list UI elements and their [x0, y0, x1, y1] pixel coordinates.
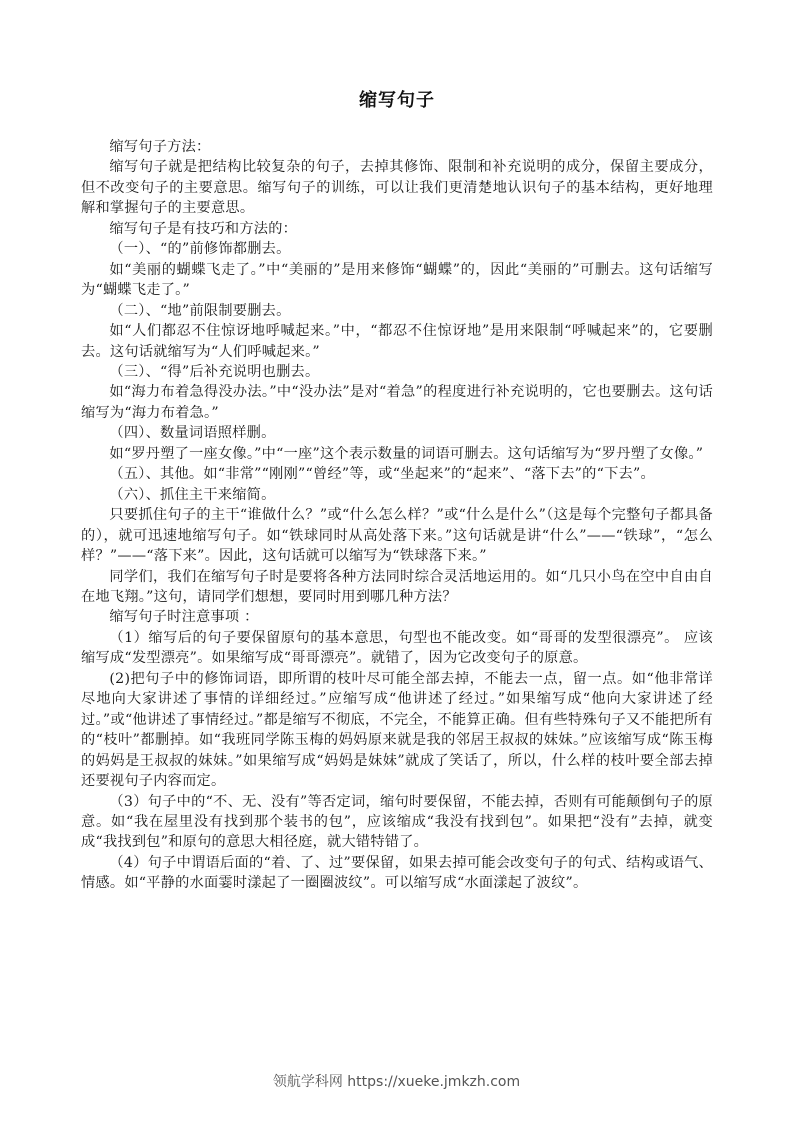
footer-watermark: 领航学科网 https://xueke.jmkzh.com: [0, 1071, 793, 1091]
paragraph: （二）、“地”前限制要删去。: [81, 301, 713, 321]
paragraph: 同学们，我们在缩写句子时是要将各种方法同时综合灵活地运用的。如“几只小鸟在空中自…: [81, 567, 713, 608]
paragraph: （一）、“的”前修饰都删去。: [81, 239, 713, 259]
paragraph: 如“人们都忍不住惊讶地呼喊起来。”中，“都忍不住惊讶地”是用来限制“呼喊起来”的…: [81, 321, 713, 362]
paragraph: (2)把句子中的修饰词语，即所谓的枝叶尽可能全部去掉，不能去一点，留一点。如“他…: [81, 669, 713, 792]
document-body: 缩写句子方法： 缩写句子就是把结构比较复杂的句子，去掉其修饰、限制和补充说明的成…: [81, 137, 713, 894]
paragraph: 缩写句子方法：: [81, 137, 713, 157]
paragraph: 只要抓住句子的主干“谁做什么？”或“什么怎么样？”或“什么是什么”（这是每个完整…: [81, 505, 713, 566]
paragraph: 如“美丽的蝴蝶飞走了。”中“美丽的”是用来修饰“蝴蝶”的，因此“美丽的”可删去。…: [81, 260, 713, 301]
paragraph: 缩写句子就是把结构比较复杂的句子，去掉其修饰、限制和补充说明的成分，保留主要成分…: [81, 157, 713, 218]
paragraph: （4）句子中谓语后面的“着、了、过”要保留，如果去掉可能会改变句子的句式、结构或…: [81, 853, 713, 894]
paragraph: （3）句子中的“不、无、没有”等否定词，缩句时要保留，不能去掉，否则有可能颠倒句…: [81, 792, 713, 853]
paragraph: （1）缩写后的句子要保留原句的基本意思，句型也不能改变。如“哥哥的发型很漂亮”。…: [81, 628, 713, 669]
paragraph: （四）、数量词语照样删。: [81, 423, 713, 443]
paragraph: 缩写句子是有技巧和方法的：: [81, 219, 713, 239]
paragraph: 缩写句子时注意事项 ：: [81, 607, 713, 627]
paragraph: 如“海力布着急得没办法。”中“没办法”是对“着急”的程度进行补充说明的，它也要删…: [81, 382, 713, 423]
paragraph: （五）、其他。如“非常”“刚刚”“曾经”等，或“坐起来”的“起来”、“落下去”的…: [81, 464, 713, 484]
paragraph: 如“罗丹塑了一座女像。”中“一座”这个表示数量的词语可删去。这句话缩写为“罗丹塑…: [81, 444, 713, 464]
document-title: 缩写句子: [81, 86, 713, 112]
paragraph: （六）、抓住主干来缩简。: [81, 485, 713, 505]
paragraph: （三）、“得”后补充说明也删去。: [81, 362, 713, 382]
